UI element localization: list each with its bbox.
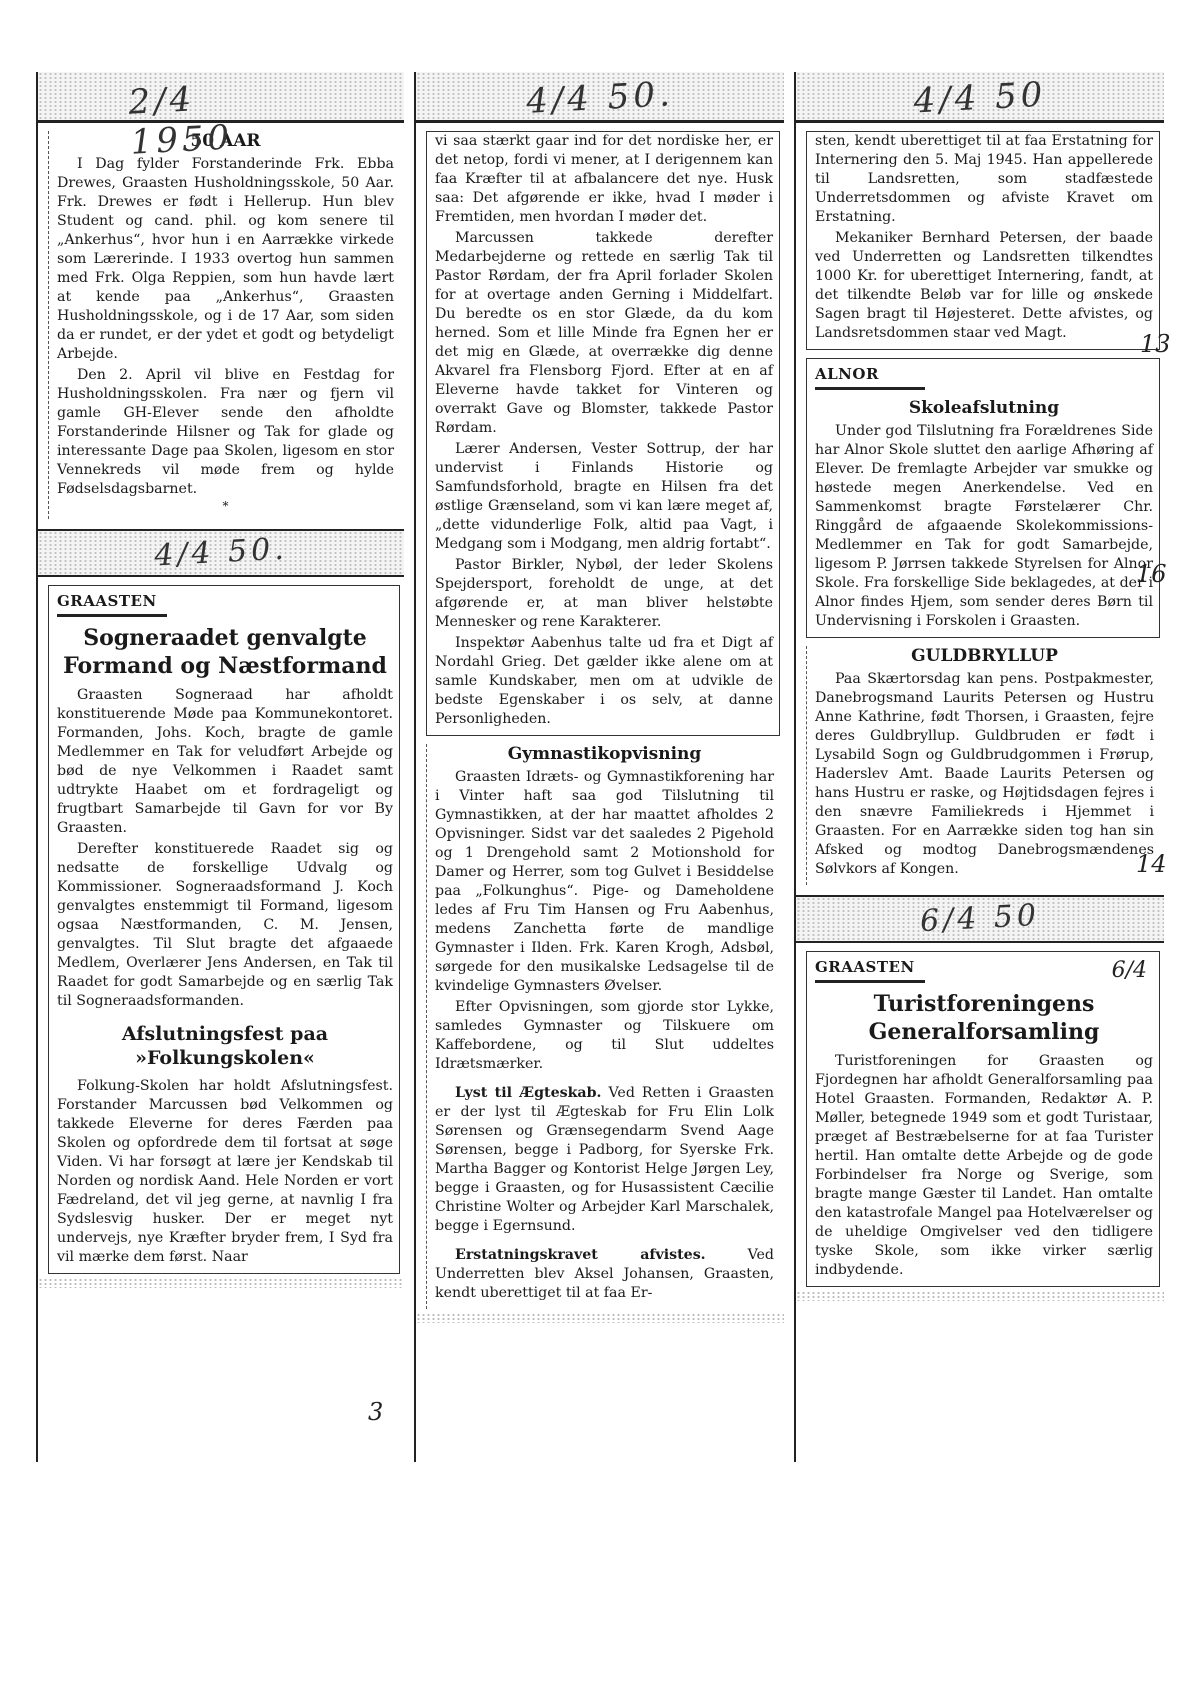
article-paragraph: Turistforeningen for Graasten og Fjordeg… bbox=[815, 1052, 1153, 1280]
column-3: 4/4 50 sten, kendt uberettiget til at fa… bbox=[794, 72, 1164, 1462]
kicker-rule bbox=[815, 980, 925, 983]
article-guldbryllup: GULDBRYLLUP Paa Skærtorsdag kan pens. Po… bbox=[806, 646, 1160, 885]
article-paragraph: Efter Opvisningen, som gjorde stor Lykke… bbox=[435, 998, 774, 1074]
article-headline: Gymnastikopvisning bbox=[435, 744, 774, 764]
date-stamp-strip: 4/4 50 bbox=[796, 72, 1164, 123]
article-paragraph: Inspektør Aabenhus talte ud fra et Digt … bbox=[435, 634, 773, 729]
handwritten-date: 2/4 1950 bbox=[128, 73, 315, 162]
article-kicker: ALNOR bbox=[815, 365, 1153, 383]
margin-number: 13 bbox=[1140, 330, 1171, 358]
article-paragraph: I Dag fylder Forstanderinde Frk. Ebba Dr… bbox=[57, 155, 394, 364]
article-folkungskolen-cont: vi saa stærkt gaar ind for det nordiske … bbox=[426, 131, 780, 736]
handwritten-date: 6/4 50 bbox=[919, 898, 1041, 939]
handwritten-date: 4/4 50. bbox=[525, 74, 675, 122]
notice-text: Ved Retten i Graasten er der lyst til Æg… bbox=[435, 1085, 774, 1234]
article-kicker: GRAASTEN bbox=[815, 958, 1153, 976]
kicker-rule bbox=[57, 614, 167, 617]
article-paragraph: Lærer Andersen, Vester Sottrup, der har … bbox=[435, 440, 773, 554]
article-paragraph: Pastor Birkler, Nybøl, der leder Skolens… bbox=[435, 556, 773, 632]
column-2: 4/4 50. vi saa stærkt gaar ind for det n… bbox=[414, 72, 784, 1462]
article-paragraph: Graasten Sogneraad har afholdt konstitue… bbox=[57, 686, 393, 838]
date-stamp-strip: 4/4 50. bbox=[38, 529, 404, 577]
article-paragraph: Under god Tilslutning fra Forældrenes Si… bbox=[815, 422, 1153, 631]
scanned-clipping-page: 2/4 1950 50 AAR I Dag fylder Forstanderi… bbox=[0, 0, 1200, 1687]
notice-lead: Lyst til Ægteskab. bbox=[455, 1085, 601, 1101]
scan-edge bbox=[416, 1313, 784, 1323]
scan-edge bbox=[38, 1278, 404, 1288]
scan-edge bbox=[796, 1291, 1164, 1301]
date-stamp-strip: 4/4 50. bbox=[416, 72, 784, 123]
article-gymnastikopvisning: Gymnastikopvisning Graasten Idræts- og G… bbox=[426, 744, 780, 1309]
column-1: 2/4 1950 50 AAR I Dag fylder Forstanderi… bbox=[36, 72, 404, 1462]
article-paragraph: Paa Skærtorsdag kan pens. Postpakmester,… bbox=[815, 670, 1154, 879]
article-headline: Afslutningsfest paa »Folkungskolen« bbox=[57, 1023, 393, 1071]
margin-number: 16 bbox=[1136, 560, 1167, 588]
kicker-rule bbox=[815, 387, 925, 390]
date-stamp-strip: 6/4 50 bbox=[796, 895, 1164, 943]
handwritten-date: 4/4 50 bbox=[913, 75, 1048, 122]
article-headline: GULDBRYLLUP bbox=[815, 646, 1154, 666]
article-erstatning-cont: sten, kendt uberettiget til at faa Ersta… bbox=[806, 131, 1160, 350]
article-paragraph: Marcussen takkede derefter Medarbejderne… bbox=[435, 229, 773, 438]
notice-lead: Erstatningskravet afvistes. bbox=[455, 1247, 706, 1263]
article-paragraph: Mekaniker Bernhard Petersen, der baade v… bbox=[815, 229, 1153, 343]
handwritten-note: 6/4 bbox=[1112, 958, 1147, 983]
article-paragraph: sten, kendt uberettiget til at faa Ersta… bbox=[815, 132, 1153, 227]
article-headline: Sogneraadet genvalgte Formand og Næstfor… bbox=[57, 625, 393, 680]
margin-number: 3 bbox=[368, 1398, 383, 1426]
notice-erstatning: Erstatningskravet afvistes. Ved Underret… bbox=[435, 1246, 774, 1303]
handwritten-date: 4/4 50. bbox=[153, 532, 288, 574]
article-headline: Skoleafslutning bbox=[815, 398, 1153, 418]
article-kicker: GRAASTEN bbox=[57, 592, 393, 610]
article-paragraph: Den 2. April vil blive en Festdag for Hu… bbox=[57, 366, 394, 499]
end-mark: * bbox=[57, 499, 394, 513]
margin-number: 14 bbox=[1136, 850, 1167, 878]
article-paragraph: Derefter konstituerede Raadet sig og ned… bbox=[57, 840, 393, 1011]
article-paragraph: vi saa stærkt gaar ind for det nordiske … bbox=[435, 132, 773, 227]
article-50-aar: 50 AAR I Dag fylder Forstanderinde Frk. … bbox=[48, 131, 400, 519]
article-paragraph: Graasten Idræts- og Gymnastikforening ha… bbox=[435, 768, 774, 996]
notice-aegteskab: Lyst til Ægteskab. Ved Retten i Graasten… bbox=[435, 1084, 774, 1236]
article-sogneraadet: GRAASTEN Sogneraadet genvalgte Formand o… bbox=[48, 585, 400, 1274]
date-stamp-strip: 2/4 1950 bbox=[38, 72, 404, 123]
article-paragraph: Folkung-Skolen har holdt Afslutningsfest… bbox=[57, 1077, 393, 1267]
article-headline: Turistforeningens Generalforsamling bbox=[815, 991, 1153, 1046]
article-skoleafslutning: ALNOR Skoleafslutning Under god Tilslutn… bbox=[806, 358, 1160, 638]
article-turistforeningen: 6/4 GRAASTEN Turistforeningens Generalfo… bbox=[806, 951, 1160, 1287]
